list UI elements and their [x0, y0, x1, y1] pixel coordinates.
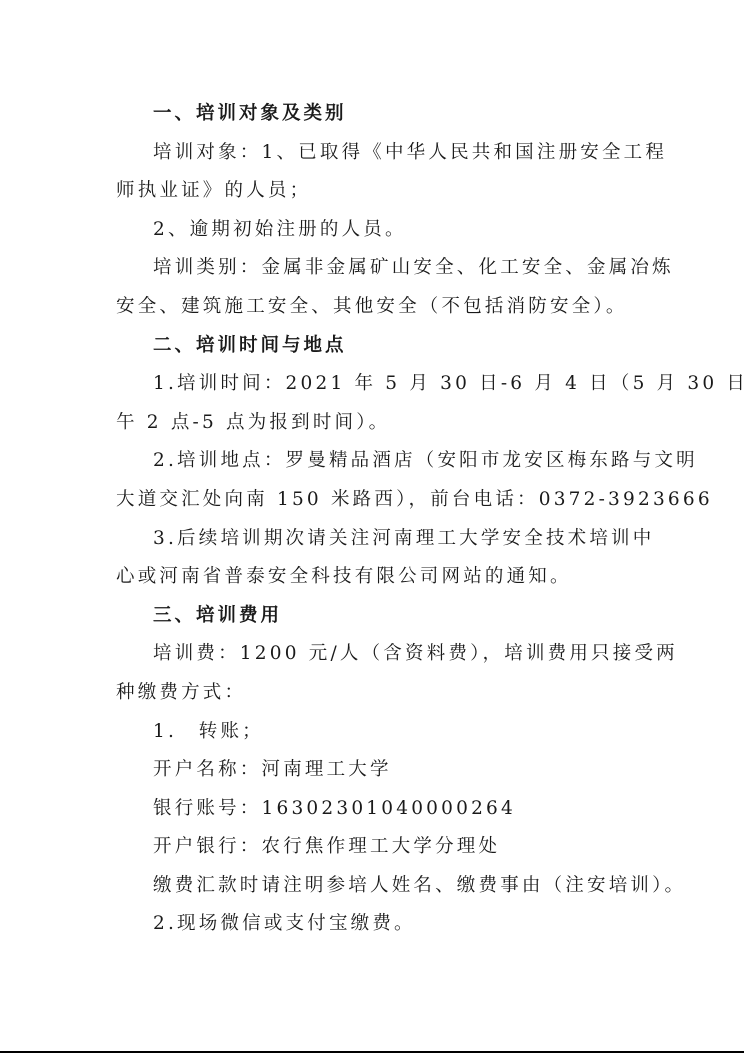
paragraph-line: 2.现场微信或支付宝缴费。: [116, 905, 632, 944]
paragraph-line: 师执业证》的人员；: [116, 172, 632, 211]
paragraph-line: 1. 转账；: [116, 713, 632, 752]
section-heading-3: 三、培训费用: [116, 597, 632, 636]
paragraph-line: 大道交汇处向南 150 米路西），前台电话：0372-3923666: [116, 481, 632, 520]
section-heading-2: 二、培训时间与地点: [116, 327, 632, 366]
document-page: 一、培训对象及类别 培训对象：1、已取得《中华人民共和国注册安全工程 师执业证》…: [116, 95, 632, 944]
paragraph-line: 午 2 点-5 点为报到时间）。: [116, 404, 632, 443]
account-number-line: 银行账号：16302301040000264: [116, 790, 632, 829]
paragraph-line: 缴费汇款时请注明参培人姓名、缴费事由（注安培训）。: [116, 867, 632, 906]
paragraph-line: 1.培训时间：2021 年 5 月 30 日-6 月 4 日（5 月 30 日下: [116, 365, 632, 404]
paragraph-line: 培训费：1200 元/人（含资料费），培训费用只接受两: [116, 635, 632, 674]
bank-name-line: 开户银行：农行焦作理工大学分理处: [116, 828, 632, 867]
paragraph-line: 培训对象：1、已取得《中华人民共和国注册安全工程: [116, 134, 632, 173]
paragraph-line: 安全、建筑施工安全、其他安全（不包括消防安全）。: [116, 288, 632, 327]
section-heading-1: 一、培训对象及类别: [116, 95, 632, 134]
paragraph-line: 心或河南省普泰安全科技有限公司网站的通知。: [116, 558, 632, 597]
paragraph-line: 2.培训地点：罗曼精品酒店（安阳市龙安区梅东路与文明: [116, 442, 632, 481]
account-name-line: 开户名称：河南理工大学: [116, 751, 632, 790]
paragraph-line: 2、逾期初始注册的人员。: [116, 211, 632, 250]
paragraph-line: 种缴费方式：: [116, 674, 632, 713]
paragraph-line: 培训类别：金属非金属矿山安全、化工安全、金属冶炼: [116, 249, 632, 288]
paragraph-line: 3.后续培训期次请关注河南理工大学安全技术培训中: [116, 520, 632, 559]
